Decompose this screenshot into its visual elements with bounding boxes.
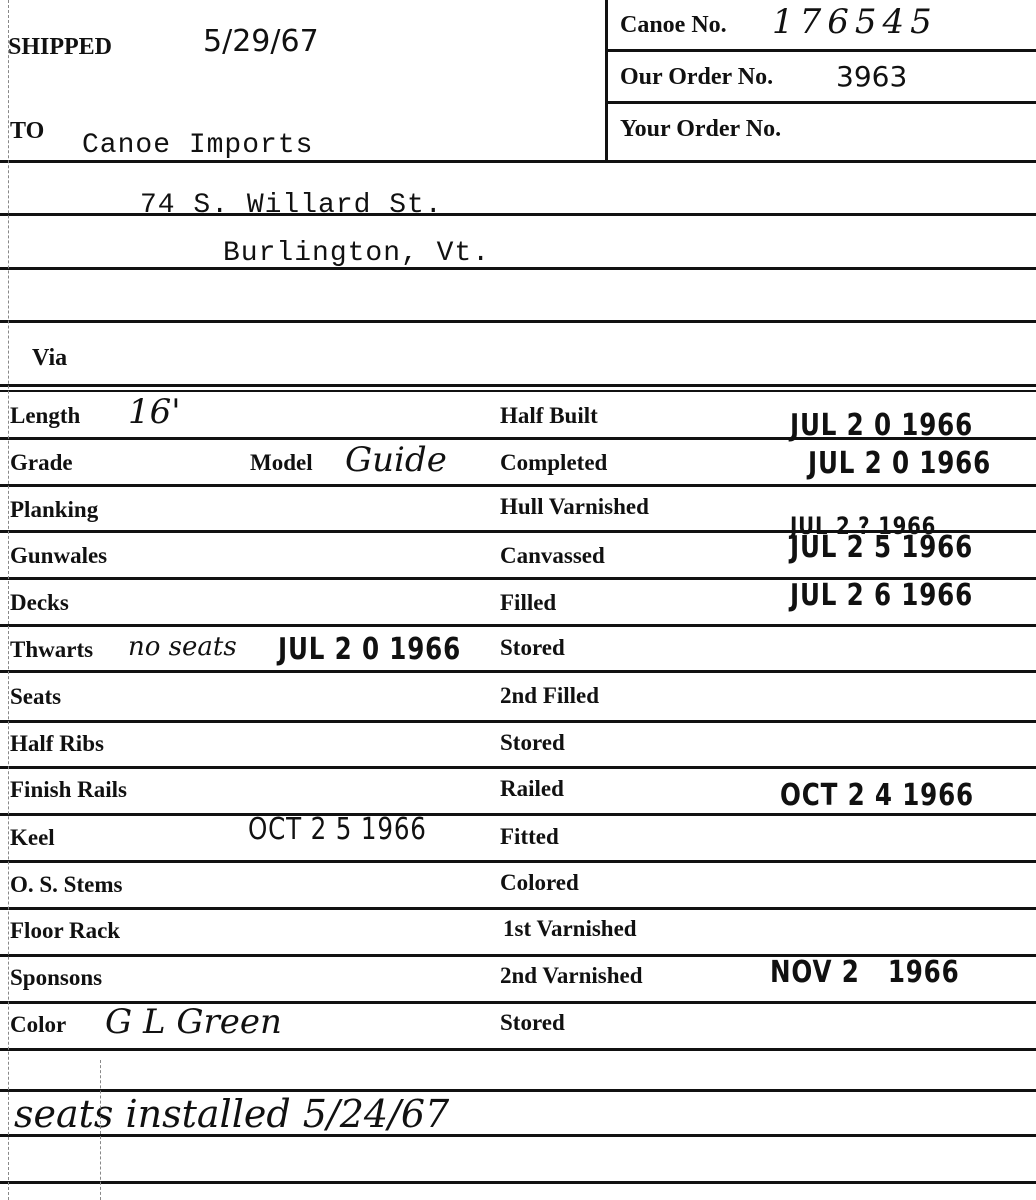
filled-label: Filled <box>500 590 556 616</box>
stored-label-3: Stored <box>500 1010 565 1036</box>
notes-rule-3 <box>0 1181 1036 1184</box>
length-label: Length <box>10 403 80 429</box>
model-value: Guide <box>345 440 447 480</box>
notes-line-2: seats installed 5/24/67 <box>14 1092 449 1136</box>
hull-varnished-label: Hull Varnished <box>500 494 649 520</box>
grade-label: Grade <box>10 450 73 476</box>
shipped-label: SHIPPED <box>8 34 112 61</box>
your-order-label: Your Order No. <box>620 116 781 143</box>
os-stems-label: O. S. Stems <box>10 872 122 898</box>
keel-stamp: OCT 2 5 1966 <box>248 812 427 847</box>
canvassed-stamp: JUL 2 5 1966 <box>790 530 973 565</box>
floor-rack-label: Floor Rack <box>10 918 120 944</box>
canoe-no-underline <box>608 49 1036 52</box>
canoe-no-label: Canoe No. <box>620 12 727 39</box>
our-order-value: 3963 <box>836 60 907 93</box>
color-label: Color <box>10 1012 66 1038</box>
thwarts-label: Thwarts <box>10 637 93 663</box>
row-rule <box>0 907 1036 910</box>
railed-stamp: OCT 2 4 1966 <box>780 778 974 813</box>
row-rule <box>0 1048 1036 1051</box>
header-divider <box>605 0 608 162</box>
row-rule <box>0 484 1036 487</box>
row-rule <box>0 813 1036 816</box>
row-rule <box>0 670 1036 673</box>
address-line-1: 74 S. Willard St. <box>140 190 443 221</box>
filled-stamp: JUL 2 6 1966 <box>790 578 973 613</box>
address-line-1-rule <box>0 213 1036 216</box>
fitted-label: Fitted <box>500 824 559 850</box>
address-line-2: Burlington, Vt. <box>223 238 490 269</box>
row-rule <box>0 860 1036 863</box>
half-built-label: Half Built <box>500 403 598 429</box>
notes-rule-2 <box>0 1134 1036 1137</box>
address-line-2-rule <box>0 267 1036 270</box>
half-built-stamp: JUL 2 0 1966 <box>790 408 973 443</box>
colored-label: Colored <box>500 870 579 896</box>
completed-label: Completed <box>500 450 607 476</box>
row-rule <box>0 624 1036 627</box>
decks-label: Decks <box>10 590 69 616</box>
color-value: G L Green <box>105 1002 282 1042</box>
gunwales-label: Gunwales <box>10 543 107 569</box>
scan-margin-mark <box>8 0 10 1200</box>
row-rule <box>0 766 1036 769</box>
via-label: Via <box>32 345 67 372</box>
our-order-label: Our Order No. <box>620 64 773 91</box>
first-varnished-label: 1st Varnished <box>503 916 637 942</box>
length-value: 16' <box>128 392 181 432</box>
completed-stamp: JUL 2 0 1966 <box>808 446 991 481</box>
railed-label: Railed <box>500 776 564 802</box>
shipped-date: 5/29/67 <box>203 24 319 59</box>
thwarts-note: no seats <box>128 632 237 662</box>
stored-label-2: Stored <box>500 730 565 756</box>
second-varnished-stamp: NOV 2 1966 <box>770 955 960 990</box>
row-rule <box>0 720 1036 723</box>
thwarts-stamp: JUL 2 0 1966 <box>278 632 461 667</box>
to-name: Canoe Imports <box>82 130 313 161</box>
seats-label: Seats <box>10 684 61 710</box>
stored-label-1: Stored <box>500 635 565 661</box>
address-line-3-rule <box>0 320 1036 323</box>
scan-margin-mark <box>100 1060 102 1200</box>
keel-label: Keel <box>10 825 55 851</box>
second-varnished-label: 2nd Varnished <box>500 963 643 989</box>
canoe-no-value: 176545 <box>772 2 938 42</box>
to-label: TO <box>10 118 44 145</box>
half-ribs-label: Half Ribs <box>10 731 104 757</box>
planking-label: Planking <box>10 497 98 523</box>
via-rule-top <box>0 384 1036 387</box>
our-order-underline <box>608 101 1036 104</box>
canvassed-label: Canvassed <box>500 543 605 569</box>
second-filled-label: 2nd Filled <box>500 683 599 709</box>
finish-rails-label: Finish Rails <box>10 777 127 803</box>
to-underline <box>0 160 1036 163</box>
model-label: Model <box>250 450 313 476</box>
sponsons-label: Sponsons <box>10 965 102 991</box>
